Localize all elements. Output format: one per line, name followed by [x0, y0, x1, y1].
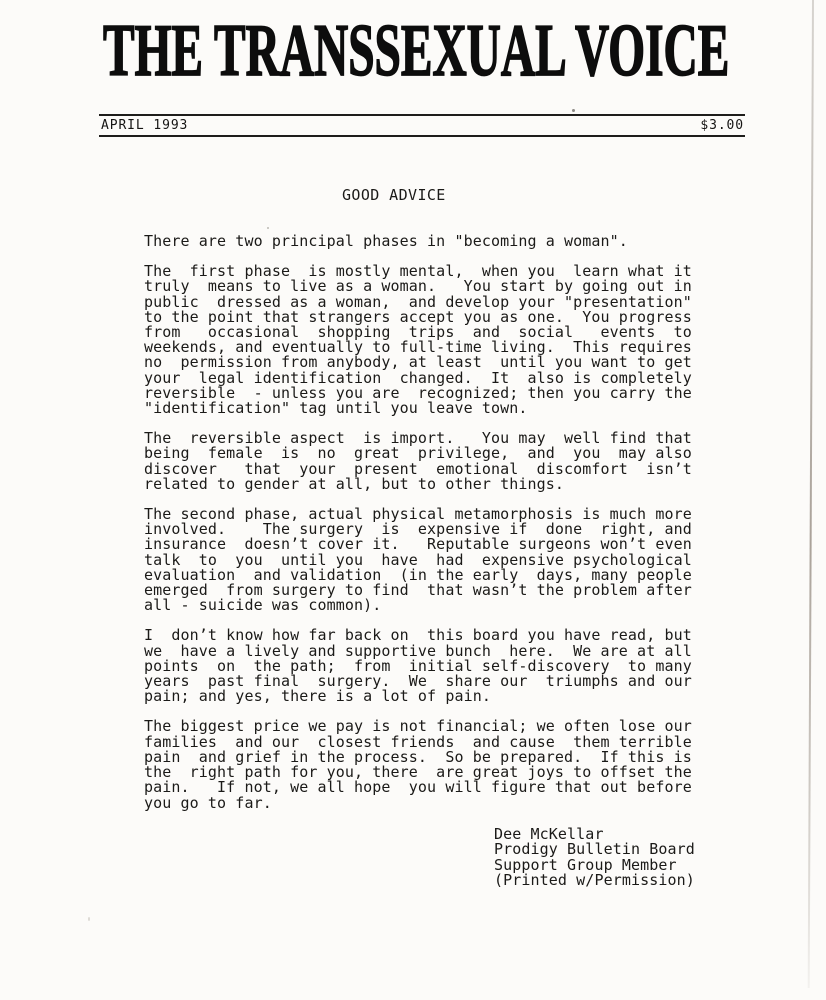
scan-speck [88, 917, 90, 921]
article-paragraph-3: The reversible aspect is import. You may… [144, 431, 704, 492]
article-paragraph-2: The first phase is mostly mental, when y… [144, 264, 704, 416]
scan-speck [267, 227, 269, 229]
signature-block: Dee McKellar Prodigy Bulletin Board Supp… [494, 827, 695, 889]
article-paragraph-1: There are two principal phases in "becom… [144, 234, 704, 249]
article-paragraph-4: The second phase, actual physical metamo… [144, 507, 704, 613]
newsletter-page: THE TRANSSEXUAL VOICE APRIL 1993 $3.00 G… [0, 0, 826, 1000]
issue-date: APRIL 1993 [101, 118, 188, 133]
scan-speck [572, 109, 575, 112]
masthead-title: THE TRANSSEXUAL VOICE [103, 14, 729, 88]
issue-price: $3.00 [700, 118, 744, 133]
article-title: GOOD ADVICE [342, 188, 446, 203]
article-body: There are two principal phases in "becom… [144, 234, 704, 826]
article-paragraph-5: I don’t know how far back on this board … [144, 628, 704, 704]
scan-edge-line [808, 0, 814, 988]
article-paragraph-6: The biggest price we pay is not financia… [144, 719, 704, 810]
date-price-band: APRIL 1993 $3.00 [99, 114, 745, 137]
